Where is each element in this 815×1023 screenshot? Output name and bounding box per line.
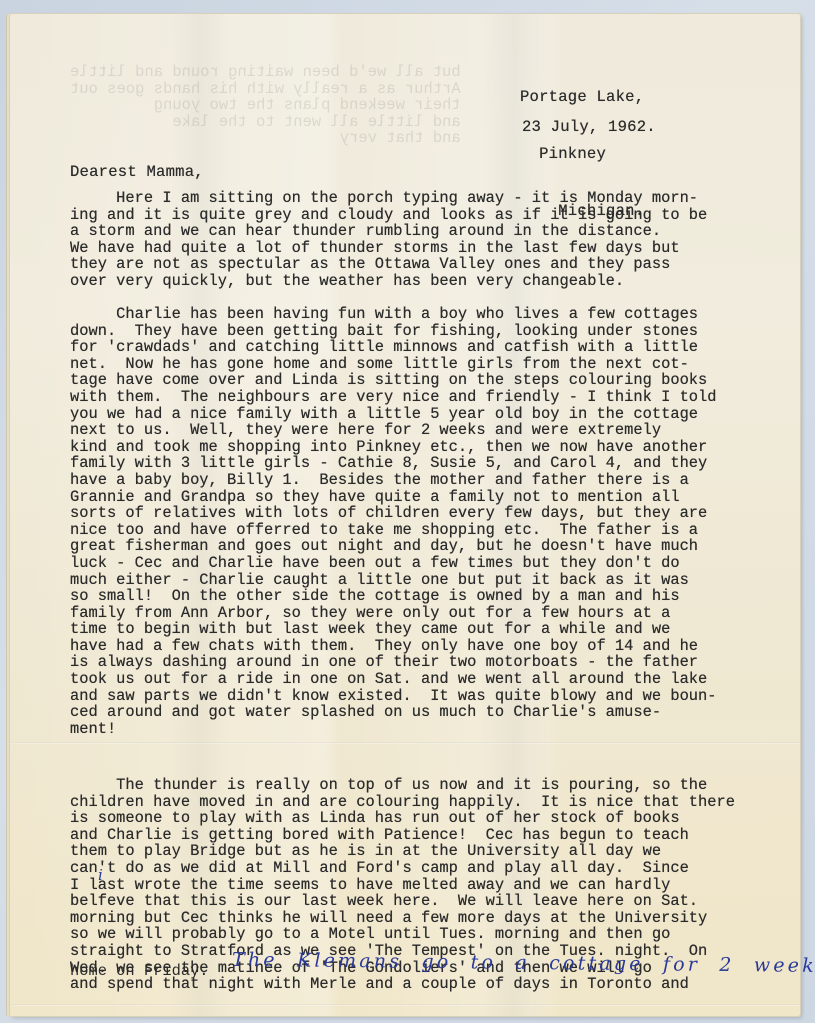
typed-line: and Charlie is getting bored with Patien… (70, 827, 735, 844)
typed-line: much either - Charlie caught a little on… (70, 572, 717, 589)
typed-line: The thunder is really on top of us now a… (70, 777, 735, 794)
salutation: Dearest Mamma, (70, 163, 204, 181)
typed-line: sorts of relatives with lots of children… (70, 505, 717, 522)
typed-line: took us out for a ride in one on Sat. an… (70, 671, 717, 688)
typed-line: so we will probably go to a Motel until … (70, 926, 735, 943)
paragraph-2: Charlie has been having fun with a boy w… (70, 306, 717, 737)
typed-line: is always dashing around in one of their… (70, 654, 717, 671)
address-line: Portage Lake, (520, 88, 644, 107)
typed-line: luck - Cec and Charlie have been out a f… (70, 555, 717, 572)
typed-line: is someone to play with as Linda has run… (70, 810, 735, 827)
letter-date: 23 July, 1962. (522, 118, 656, 136)
typed-line: ment! (70, 721, 717, 738)
typed-line: nice too and have offerred to take me sh… (70, 522, 717, 539)
typed-line: belfeve that this is our last week here.… (70, 893, 735, 910)
paper-fold-bottom (10, 1004, 800, 1006)
typed-line: you we had a nice family with a little 5… (70, 406, 717, 423)
typed-line: Grannie and Grandpa so they have quite a… (70, 489, 717, 506)
typed-line: and saw parts we didn't know existed. It… (70, 688, 717, 705)
typed-line: great fisherman and goes out night and d… (70, 538, 717, 555)
typed-line: a storm and we can hear thunder rumbling… (70, 223, 707, 240)
address-line: Pinkney (520, 145, 644, 164)
closing-typed-line: home on Friday. (70, 962, 209, 980)
typed-line: morning but Cec thinks he will need a fe… (70, 910, 735, 927)
typed-line: net. Now he has gone home and some littl… (70, 356, 717, 373)
typed-line: next to us. Well, they were here for 2 w… (70, 422, 717, 439)
typed-line: with them. The neighbours are very nice … (70, 389, 717, 406)
reverse-side-bleed-through: but all we'd been waiting round and litt… (70, 64, 461, 147)
typed-line: family from Ann Arbor, so they were only… (70, 605, 717, 622)
typed-line: We have had quite a lot of thunder storm… (70, 240, 707, 257)
typed-line: for 'crawdads' and catching little minno… (70, 339, 717, 356)
typed-line: tage have come over and Linda is sitting… (70, 372, 717, 389)
typed-line: have had a few chats with them. They onl… (70, 638, 717, 655)
typed-line: family with 3 little girls - Cathie 8, S… (70, 455, 717, 472)
typed-line: so small! On the other side the cottage … (70, 588, 717, 605)
typed-line: children have moved in and are colouring… (70, 794, 735, 811)
typed-line: kind and took me shopping into Pinkney e… (70, 439, 717, 456)
typed-line: time to begin with but last week they ca… (70, 621, 717, 638)
typed-line: they are not as spectular as the Ottawa … (70, 256, 707, 273)
typed-line: I last wrote the time seems to have melt… (70, 877, 735, 894)
typed-line: have a baby boy, Billy 1. Besides the mo… (70, 472, 717, 489)
typed-line: Here I am sitting on the porch typing aw… (70, 190, 707, 207)
typed-line: them to play Bridge but as he is in at t… (70, 843, 735, 860)
typed-line: ing and it is quite grey and cloudy and … (70, 207, 707, 224)
typed-line: ced around and got water splashed on us … (70, 704, 717, 721)
paper-fold (10, 742, 800, 744)
typed-line: Charlie has been having fun with a boy w… (70, 306, 717, 323)
typed-line: over very quickly, but the weather has b… (70, 273, 707, 290)
typed-line: down. They have been getting bait for fi… (70, 323, 717, 340)
paragraph-1: Here I am sitting on the porch typing aw… (70, 190, 707, 290)
typed-line: can't do as we did at Mill and Ford's ca… (70, 860, 735, 877)
pen-correction-mark: i (98, 866, 103, 884)
